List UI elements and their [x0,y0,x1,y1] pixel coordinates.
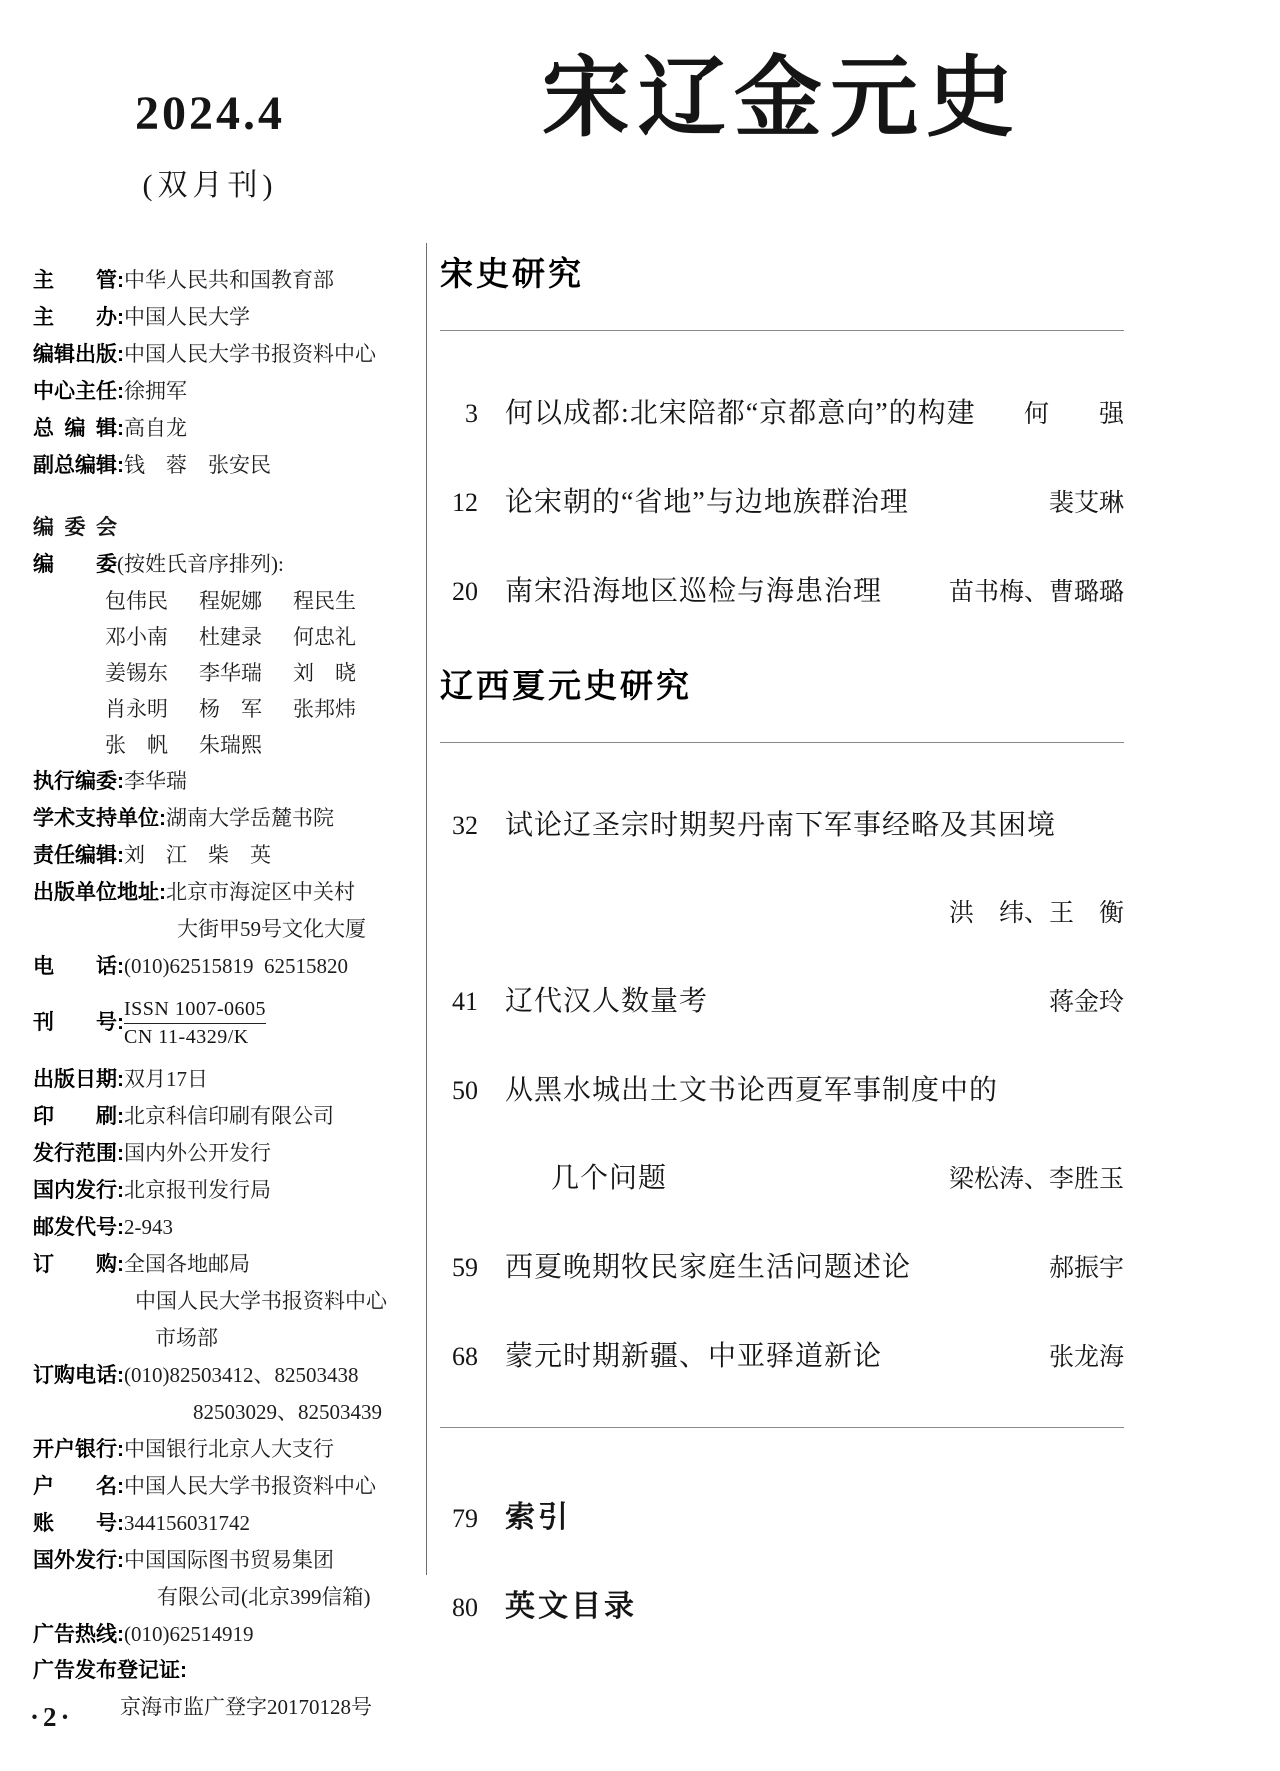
edboard-names: 包伟民程妮娜程民生 邓小南杜建录何忠礼 姜锡东李华瑞刘 晓 肖永明杨 军张邦炜 … [105,583,405,763]
section-entries: 3 何以成都:北宋陪都“京都意向”的构建 何 强 12 论宋朝的“省地”与边地族… [440,395,1124,612]
info-row: 主 办:中国人民大学 [33,299,405,336]
edboard-label-row: 编 委(按姓氏音序排列): [33,546,405,583]
issn-row: 刊 号: ISSN 1007-0605 CN 11-4329/K [33,985,405,1061]
info-row: 订购电话:(010)82503412、82503438 [33,1357,405,1394]
edboard-member: 刘 晓 [293,655,356,691]
toc-entry-continuation: 几个问题 梁松涛、李胜玉 [440,1160,1124,1199]
edboard-member: 朱瑞熙 [199,727,262,763]
info-label: 副总编辑: [33,454,124,477]
edboard-member: 杨 军 [199,691,262,727]
back-entry-title: 英文目录 [505,1587,637,1627]
cn-value: CN 11-4329/K [124,1024,266,1050]
info-value: 刘 江 柴 英 [124,843,271,867]
info-value: 大街甲59号文化大厦 [177,917,366,941]
info-row: 广告发布登记证: [33,1653,405,1689]
toc-entry-author: 梁松涛、李胜玉 [949,1161,1124,1199]
back-entry-index: 79 索引 [440,1498,1124,1539]
edboard-member: 程民生 [293,583,356,619]
info-row: 订 购:全国各地邮局 [33,1246,405,1283]
edboard-names-row: 张 帆朱瑞熙 [105,727,405,763]
toc-entry-author-line: 洪 纬、王 衡 [440,895,1124,933]
info-label: 出版单位地址: [33,881,166,904]
info-row: 中心主任:徐拥军 [33,373,405,410]
info-label: 户 名: [33,1475,124,1498]
edboard-member [293,727,356,763]
edboard-member: 肖永明 [105,691,168,727]
info-value: 中国人民大学书报资料中心 [124,342,376,366]
toc-entry-author: 蒋金玲 [1049,984,1124,1022]
info-value: 双月17日 [124,1067,208,1091]
info-row: 发行范围:国内外公开发行 [33,1135,405,1172]
page-footer-number: ·2· [30,1702,74,1733]
info-row: 广告热线:(010)62514919 [33,1616,405,1653]
toc-page-number: 68 [440,1338,478,1376]
info-label: 总 编 辑: [33,417,124,440]
info-value: 北京市海淀区中关村 [166,880,355,904]
info-row: 主 管:中华人民共和国教育部 [33,262,405,299]
toc-page-number: 12 [440,484,478,522]
toc-entry: 32 试论辽圣宗时期契丹南下军事经略及其困境 [440,807,1124,845]
edboard-note: (按姓氏音序排列): [117,552,284,576]
info-label: 主 管: [33,269,124,292]
info-row: 电 话:(010)62515819 62515820 [33,948,405,985]
toc-entry: 41 辽代汉人数量考 蒋金玲 [440,983,1124,1022]
info-value: 李华瑞 [124,769,187,793]
section-title: 宋史研究 [440,252,1124,296]
info-value: 344156031742 [124,1511,250,1535]
toc-section-song: 宋史研究 3 何以成都:北宋陪都“京都意向”的构建 何 强 12 论宋朝的“省地… [440,252,1124,612]
toc-entry-title: 辽代汉人数量考 [505,983,1037,1021]
edboard-names-row: 包伟民程妮娜程民生 [105,583,405,619]
info-value: 中国人民大学书报资料中心 [124,1474,376,1498]
info-row: 国外发行:中国国际图书贸易集团 [33,1542,405,1579]
edboard-member: 姜锡东 [105,655,168,691]
info-label: 广告热线: [33,1623,124,1646]
toc-page-number: 79 [440,1499,478,1539]
back-entry-title: 索引 [505,1498,571,1538]
toc-entry: 59 西夏晚期牧民家庭生活问题述论 郝振宇 [440,1249,1124,1288]
section-rule [440,742,1124,743]
info-value: 中国银行北京人大支行 [124,1437,334,1461]
spacer [33,484,405,510]
toc-page-number: 20 [440,573,478,611]
info-value: 中华人民共和国教育部 [124,268,334,292]
info-row-continuation: 82503029、82503439 [33,1394,405,1431]
toc-entry-title: 几个问题 [505,1160,937,1198]
info-value: 2-943 [124,1215,173,1239]
issn-value: ISSN 1007-0605 [124,997,266,1024]
issue-number: 2024.4 [55,86,365,141]
info-value: 中国国际图书贸易集团 [124,1548,334,1572]
edboard-member: 包伟民 [105,583,168,619]
edboard-member: 张 帆 [105,727,168,763]
table-of-contents: 宋史研究 3 何以成都:北宋陪都“京都意向”的构建 何 强 12 论宋朝的“省地… [440,252,1124,1676]
info-label: 开户银行: [33,1438,124,1461]
info-value: 北京报刊发行局 [124,1178,271,1202]
edboard-names-row: 肖永明杨 军张邦炜 [105,691,405,727]
info-label: 责任编辑: [33,844,124,867]
toc-page-number: 41 [440,983,478,1021]
vertical-divider [426,243,427,1575]
edboard-member: 邓小南 [105,619,168,655]
toc-entry-title: 从黑水城出土文书论西夏军事制度中的 [505,1072,1124,1110]
toc-page-number: 3 [440,395,478,433]
toc-page-number: 50 [440,1072,478,1110]
info-value: 湖南大学岳麓书院 [166,806,334,830]
section-entries: 32 试论辽圣宗时期契丹南下军事经略及其困境 洪 纬、王 衡 41 辽代汉人数量… [440,807,1124,1377]
toc-entry-title: 论宋朝的“省地”与边地族群治理 [505,484,1037,522]
info-label: 印 刷: [33,1105,124,1128]
info-value: 中国人民大学书报资料中心 [135,1289,387,1313]
edboard-member: 杜建录 [199,619,262,655]
info-label: 出版日期: [33,1068,124,1091]
info-value: (010)62515819 62515820 [124,954,348,978]
publication-info-sidebar: 主 管:中华人民共和国教育部 主 办:中国人民大学 编辑出版:中国人民大学书报资… [33,262,405,1726]
toc-entry-author: 裴艾琳 [1049,485,1124,523]
info-label: 刊 号: [33,1005,124,1041]
info-value: (010)82503412、82503438 [124,1363,359,1387]
info-label: 执行编委: [33,770,124,793]
info-value: 高自龙 [124,416,187,440]
info-row-continuation: 市场部 [33,1320,405,1357]
info-label: 发行范围: [33,1142,124,1165]
info-row: 编辑出版:中国人民大学书报资料中心 [33,336,405,373]
edboard-names-row: 姜锡东李华瑞刘 晓 [105,655,405,691]
toc-page-number: 32 [440,807,478,845]
info-row: 执行编委:李华瑞 [33,763,405,800]
edboard-heading: 编 委 会 [33,510,405,546]
edboard-member: 李华瑞 [199,655,262,691]
info-row: 开户银行:中国银行北京人大支行 [33,1431,405,1468]
toc-entry-title: 西夏晚期牧民家庭生活问题述论 [505,1249,1037,1287]
info-row-continuation: 京海市监广登字20170128号 [33,1689,405,1726]
back-entry-english-contents: 80 英文目录 [440,1587,1124,1628]
info-value: 有限公司(北京399信箱) [157,1585,371,1609]
info-row-continuation: 有限公司(北京399信箱) [33,1579,405,1616]
back-matter-rule [440,1427,1124,1428]
info-label: 编辑出版: [33,343,124,366]
info-label: 国外发行: [33,1549,124,1572]
info-value: 国内外公开发行 [124,1141,271,1165]
info-row: 印 刷:北京科信印刷有限公司 [33,1098,405,1135]
toc-entry-title: 何以成都:北宋陪都“京都意向”的构建 [505,395,1012,433]
info-value: 徐拥军 [124,379,187,403]
info-label: 主 办: [33,306,124,329]
info-label: 中心主任: [33,380,124,403]
section-title: 辽西夏元史研究 [440,664,1124,708]
toc-entry: 3 何以成都:北宋陪都“京都意向”的构建 何 强 [440,395,1124,434]
info-row: 出版单位地址:北京市海淀区中关村 [33,874,405,911]
info-row-continuation: 中国人民大学书报资料中心 [33,1283,405,1320]
info-row: 出版日期:双月17日 [33,1061,405,1098]
toc-entry: 20 南宋沿海地区巡检与海患治理 苗书梅、曹璐璐 [440,573,1124,612]
journal-toc-page: 2024.4 (双月刊) 宋辽金元史 主 管:中华人民共和国教育部 主 办:中国… [0,0,1280,1771]
toc-entry-title: 南宋沿海地区巡检与海患治理 [505,573,937,611]
info-row: 责任编辑:刘 江 柴 英 [33,837,405,874]
info-label: 账 号: [33,1512,124,1535]
info-label: 电 话: [33,955,124,978]
toc-entry-author: 何 强 [1024,396,1124,434]
info-value: 中国人民大学 [124,305,250,329]
toc-entry-author: 苗书梅、曹璐璐 [949,574,1124,612]
toc-entry-author: 洪 纬、王 衡 [949,895,1124,933]
toc-entry-title: 试论辽圣宗时期契丹南下军事经略及其困境 [505,807,1124,845]
info-value: 北京科信印刷有限公司 [124,1104,334,1128]
toc-entry: 68 蒙元时期新疆、中亚驿道新论 张龙海 [440,1338,1124,1377]
info-label: 订购电话: [33,1364,124,1387]
toc-entry-title: 蒙元时期新疆、中亚驿道新论 [505,1338,1037,1376]
toc-entry: 12 论宋朝的“省地”与边地族群治理 裴艾琳 [440,484,1124,523]
info-label: 学术支持单位: [33,807,166,830]
info-row: 邮发代号:2-943 [33,1209,405,1246]
toc-entry: 50 从黑水城出土文书论西夏军事制度中的 [440,1072,1124,1110]
toc-page-number: 59 [440,1249,478,1287]
edboard-label: 编 委 [33,553,117,576]
info-value: 钱 蓉 张安民 [124,453,271,477]
info-value: 全国各地邮局 [124,1252,250,1276]
toc-entry-author: 张龙海 [1049,1339,1124,1377]
info-label: 订 购: [33,1253,124,1276]
info-row-continuation: 大街甲59号文化大厦 [33,911,405,948]
section-rule [440,330,1124,331]
edboard-names-row: 邓小南杜建录何忠礼 [105,619,405,655]
toc-page-number: 80 [440,1588,478,1628]
issn-cn-fraction: ISSN 1007-0605 CN 11-4329/K [124,997,266,1050]
info-row: 总 编 辑:高自龙 [33,410,405,447]
toc-entry-author: 郝振宇 [1049,1250,1124,1288]
info-label: 广告发布登记证: [33,1659,187,1682]
info-value: 市场部 [155,1326,218,1350]
info-label: 国内发行: [33,1179,124,1202]
info-row: 账 号:344156031742 [33,1505,405,1542]
edboard-member: 程妮娜 [199,583,262,619]
info-row: 学术支持单位:湖南大学岳麓书院 [33,800,405,837]
info-row: 国内发行:北京报刊发行局 [33,1172,405,1209]
info-label: 邮发代号: [33,1216,124,1239]
info-value: 82503029、82503439 [193,1400,382,1424]
journal-title: 宋辽金元史 [440,28,1124,154]
info-value: 京海市监广登字20170128号 [120,1695,372,1719]
toc-section-liao-xixia-yuan: 辽西夏元史研究 32 试论辽圣宗时期契丹南下军事经略及其困境 洪 纬、王 衡 4… [440,664,1124,1377]
edboard-member: 张邦炜 [293,691,356,727]
edboard-member: 何忠礼 [293,619,356,655]
info-row: 户 名:中国人民大学书报资料中心 [33,1468,405,1505]
frequency-label: (双月刊) [55,160,365,204]
info-row: 副总编辑:钱 蓉 张安民 [33,447,405,484]
info-value: (010)62514919 [124,1622,254,1646]
